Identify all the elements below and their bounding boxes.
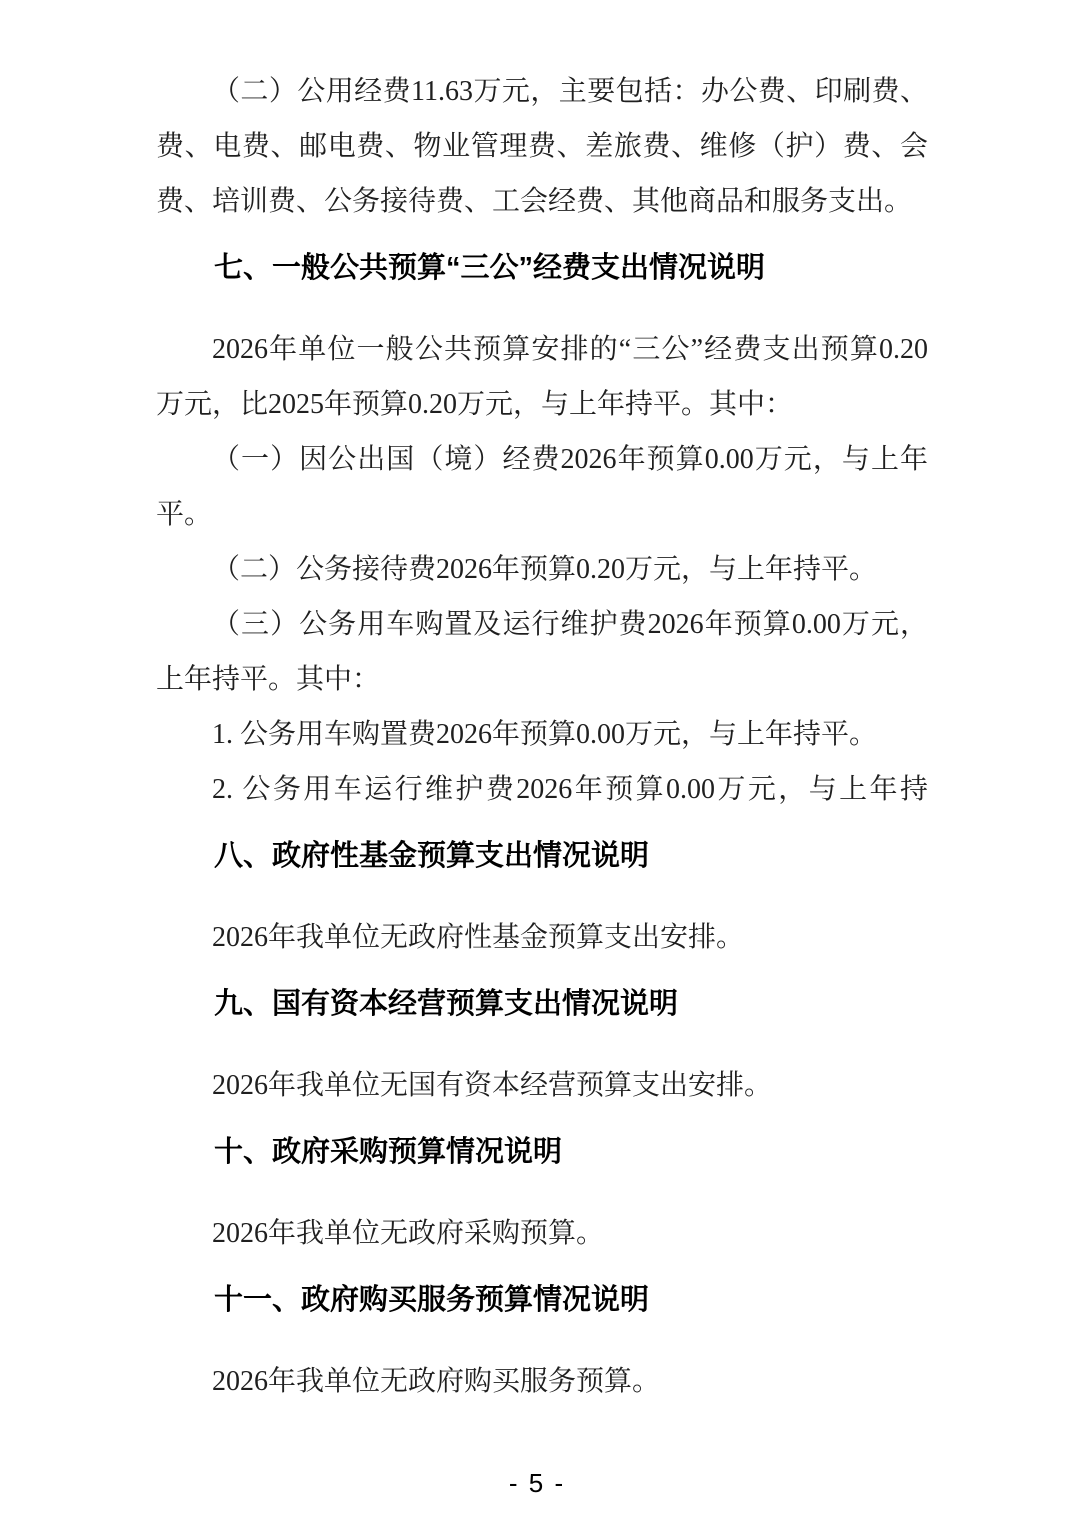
body-text-line: 2026年我单位无国有资本经营预算支出安排。: [156, 1058, 928, 1113]
body-text-line: 费、电费、邮电费、物业管理费、差旅费、维修（护）费、会议: [156, 119, 928, 174]
document-page: （二）公用经费11.63万元，主要包括：办公费、印刷费、水 费、电费、邮电费、物…: [0, 0, 1074, 1520]
section-heading-7: 七、一般公共预算“三公”经费支出情况说明: [156, 241, 928, 296]
page-number: - 5 -: [0, 1468, 1074, 1499]
body-text-line: 平。: [156, 487, 928, 542]
body-text-line: 上年持平。其中：: [156, 652, 928, 707]
body-text-line: 2026年单位一般公共预算安排的“三公”经费支出预算0.20: [156, 322, 928, 377]
section-heading-11: 十一、政府购买服务预算情况说明: [156, 1273, 928, 1328]
body-text-line: （三）公务用车购置及运行维护费2026年预算0.00万元，与: [156, 597, 928, 652]
body-text-line: 2026年我单位无政府性基金预算支出安排。: [156, 910, 928, 965]
body-text-line: 2. 公务用车运行维护费2026年预算0.00万元，与上年持平。: [156, 762, 928, 817]
body-text-line: （一）因公出国（境）经费2026年预算0.00万元，与上年持: [156, 432, 928, 487]
document-body: （二）公用经费11.63万元，主要包括：办公费、印刷费、水 费、电费、邮电费、物…: [156, 64, 928, 1409]
body-text-line: 万元，比2025年预算0.20万元，与上年持平。其中：: [156, 377, 928, 432]
body-text-line: （二）公务接待费2026年预算0.20万元，与上年持平。: [156, 542, 928, 597]
body-text-line: （二）公用经费11.63万元，主要包括：办公费、印刷费、水: [156, 64, 928, 119]
section-heading-9: 九、国有资本经营预算支出情况说明: [156, 977, 928, 1032]
body-text-line: 2026年我单位无政府采购预算。: [156, 1206, 928, 1261]
section-heading-8: 八、政府性基金预算支出情况说明: [156, 829, 928, 884]
body-text-line: 1. 公务用车购置费2026年预算0.00万元，与上年持平。: [156, 707, 928, 762]
body-text-line: 费、培训费、公务接待费、工会经费、其他商品和服务支出。: [156, 174, 928, 229]
body-text-line: 2026年我单位无政府购买服务预算。: [156, 1354, 928, 1409]
section-heading-10: 十、政府采购预算情况说明: [156, 1125, 928, 1180]
